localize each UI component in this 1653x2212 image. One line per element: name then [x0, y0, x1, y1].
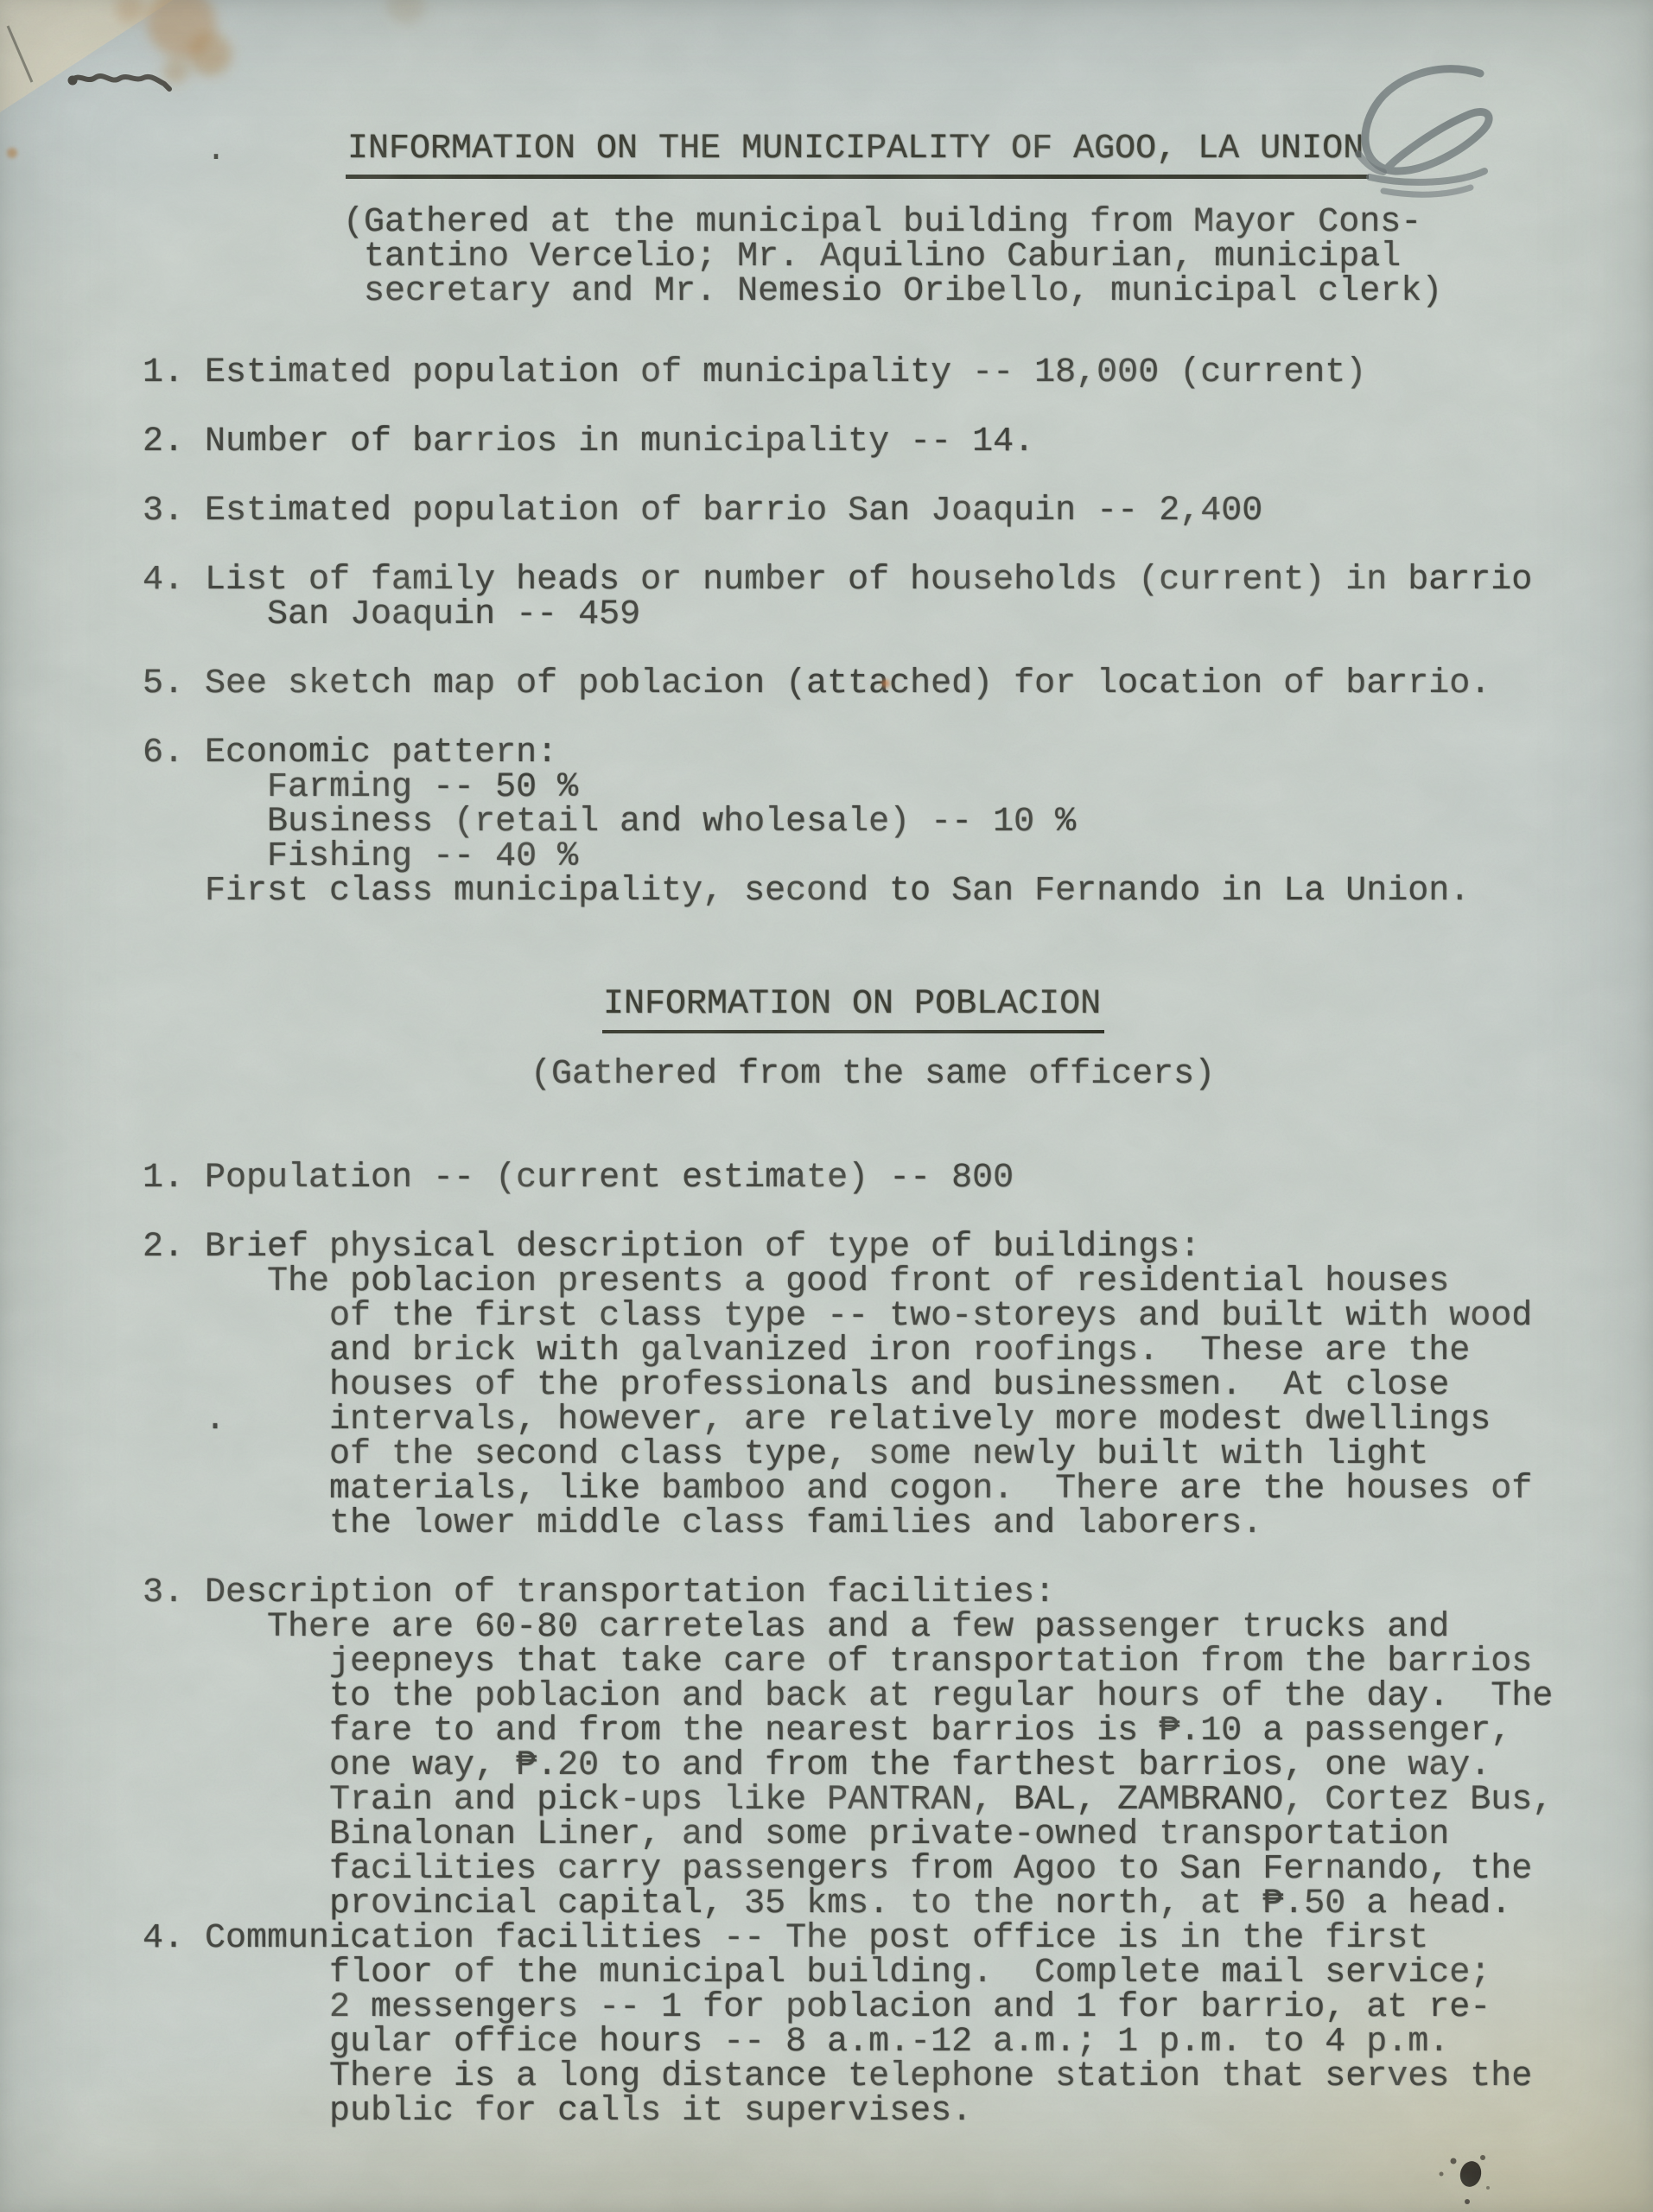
document-page: . INFORMATION ON THE MUNICIPALITY OF AGO… — [0, 0, 1653, 2212]
stray-period: . — [206, 131, 226, 171]
typed-line: of the first class type -- two-storeys a… — [143, 1300, 1553, 1334]
typed-line: 4. List of family heads or number of hou… — [143, 563, 1532, 598]
typed-line: one way, ₱.20 to and from the farthest b… — [143, 1749, 1553, 1783]
typed-line — [143, 1196, 1553, 1230]
typed-line: tantino Vercelio; Mr. Aquilino Caburian,… — [343, 240, 1442, 275]
typed-line — [143, 702, 1532, 736]
rust-stains — [115, 0, 425, 84]
typed-line: of the second class type, some newly bui… — [143, 1438, 1553, 1472]
typed-line: to the poblacion and back at regular hou… — [143, 1680, 1553, 1714]
typed-line — [143, 391, 1532, 425]
page-title: INFORMATION ON THE MUNICIPALITY OF AGOO,… — [346, 130, 1369, 179]
typed-line: (Gathered at the municipal building from… — [343, 206, 1442, 240]
typed-line — [143, 460, 1532, 494]
typed-line: First class municipality, second to San … — [143, 874, 1532, 909]
typed-line: 2. Brief physical description of type of… — [143, 1230, 1553, 1265]
typed-line: 2 messengers -- 1 for poblacion and 1 fo… — [143, 1991, 1553, 2025]
ink-spot — [1440, 2155, 1491, 2204]
typed-line: jeepneys that take care of transportatio… — [143, 1645, 1553, 1680]
typed-line: gular office hours -- 8 a.m.-12 a.m.; 1 … — [143, 2025, 1553, 2060]
typed-line: 3. Description of transportation facilit… — [143, 1576, 1553, 1611]
typed-line — [143, 632, 1532, 667]
typed-line: San Joaquin -- 459 — [143, 598, 1532, 632]
typed-line: fare to and from the nearest barrios is … — [143, 1714, 1553, 1749]
typed-line: 2. Number of barrios in municipality -- … — [143, 425, 1532, 460]
typed-line: the lower middle class families and labo… — [143, 1507, 1553, 1541]
poblacion-subheading: (Gathered from the same officers) — [531, 1058, 1215, 1092]
poblacion-heading: INFORMATION ON POBLACION — [602, 985, 1104, 1033]
typed-line: . intervals, however, are relatively mor… — [143, 1403, 1553, 1438]
typed-line: 1. Estimated population of municipality … — [143, 356, 1532, 391]
poblacion-list: 1. Population -- (current estimate) -- 8… — [143, 1161, 1553, 2129]
typed-line: 5. See sketch map of poblacion (attached… — [143, 667, 1532, 702]
pencil-mark-icon — [1358, 69, 1489, 195]
typed-line: There is a long distance telephone stati… — [143, 2060, 1553, 2094]
typed-line: 3. Estimated population of barrio San Jo… — [143, 494, 1532, 529]
typed-line: 4. Communication facilities -- The post … — [143, 1922, 1553, 1956]
pen-scribble-icon — [68, 76, 170, 90]
typed-line: The poblacion presents a good front of r… — [143, 1265, 1553, 1300]
typed-line: materials, like bamboo and cogon. There … — [143, 1472, 1553, 1507]
typed-line: houses of the professionals and business… — [143, 1369, 1553, 1403]
typed-line: public for calls it supervises. — [143, 2094, 1553, 2129]
typed-line: Binalonan Liner, and some private-owned … — [143, 1818, 1553, 1853]
municipality-list: 1. Estimated population of municipality … — [143, 356, 1532, 909]
typed-line: 6. Economic pattern: — [143, 736, 1532, 771]
typed-line: facilities carry passengers from Agoo to… — [143, 1853, 1553, 1887]
typed-line: There are 60-80 carretelas and a few pas… — [143, 1611, 1553, 1645]
typed-line: Farming -- 50 % — [143, 771, 1532, 805]
typed-line: Business (retail and wholesale) -- 10 % — [143, 805, 1532, 840]
typed-line: 1. Population -- (current estimate) -- 8… — [143, 1161, 1553, 1196]
typed-line: secretary and Mr. Nemesio Oribello, muni… — [343, 275, 1442, 309]
typed-line — [143, 529, 1532, 563]
rust-speck-left-edge — [7, 148, 17, 158]
intro-note: (Gathered at the municipal building from… — [343, 206, 1442, 309]
typed-line: Fishing -- 40 % — [143, 840, 1532, 874]
torn-corner — [0, 0, 173, 112]
typed-line: floor of the municipal building. Complet… — [143, 1956, 1553, 1991]
typed-line: provincial capital, 35 kms. to the north… — [143, 1887, 1553, 1922]
typed-line: Train and pick-ups like PANTRAN, BAL, ZA… — [143, 1783, 1553, 1818]
typed-line: and brick with galvanized iron roofings.… — [143, 1334, 1553, 1369]
typed-line — [143, 1541, 1553, 1576]
